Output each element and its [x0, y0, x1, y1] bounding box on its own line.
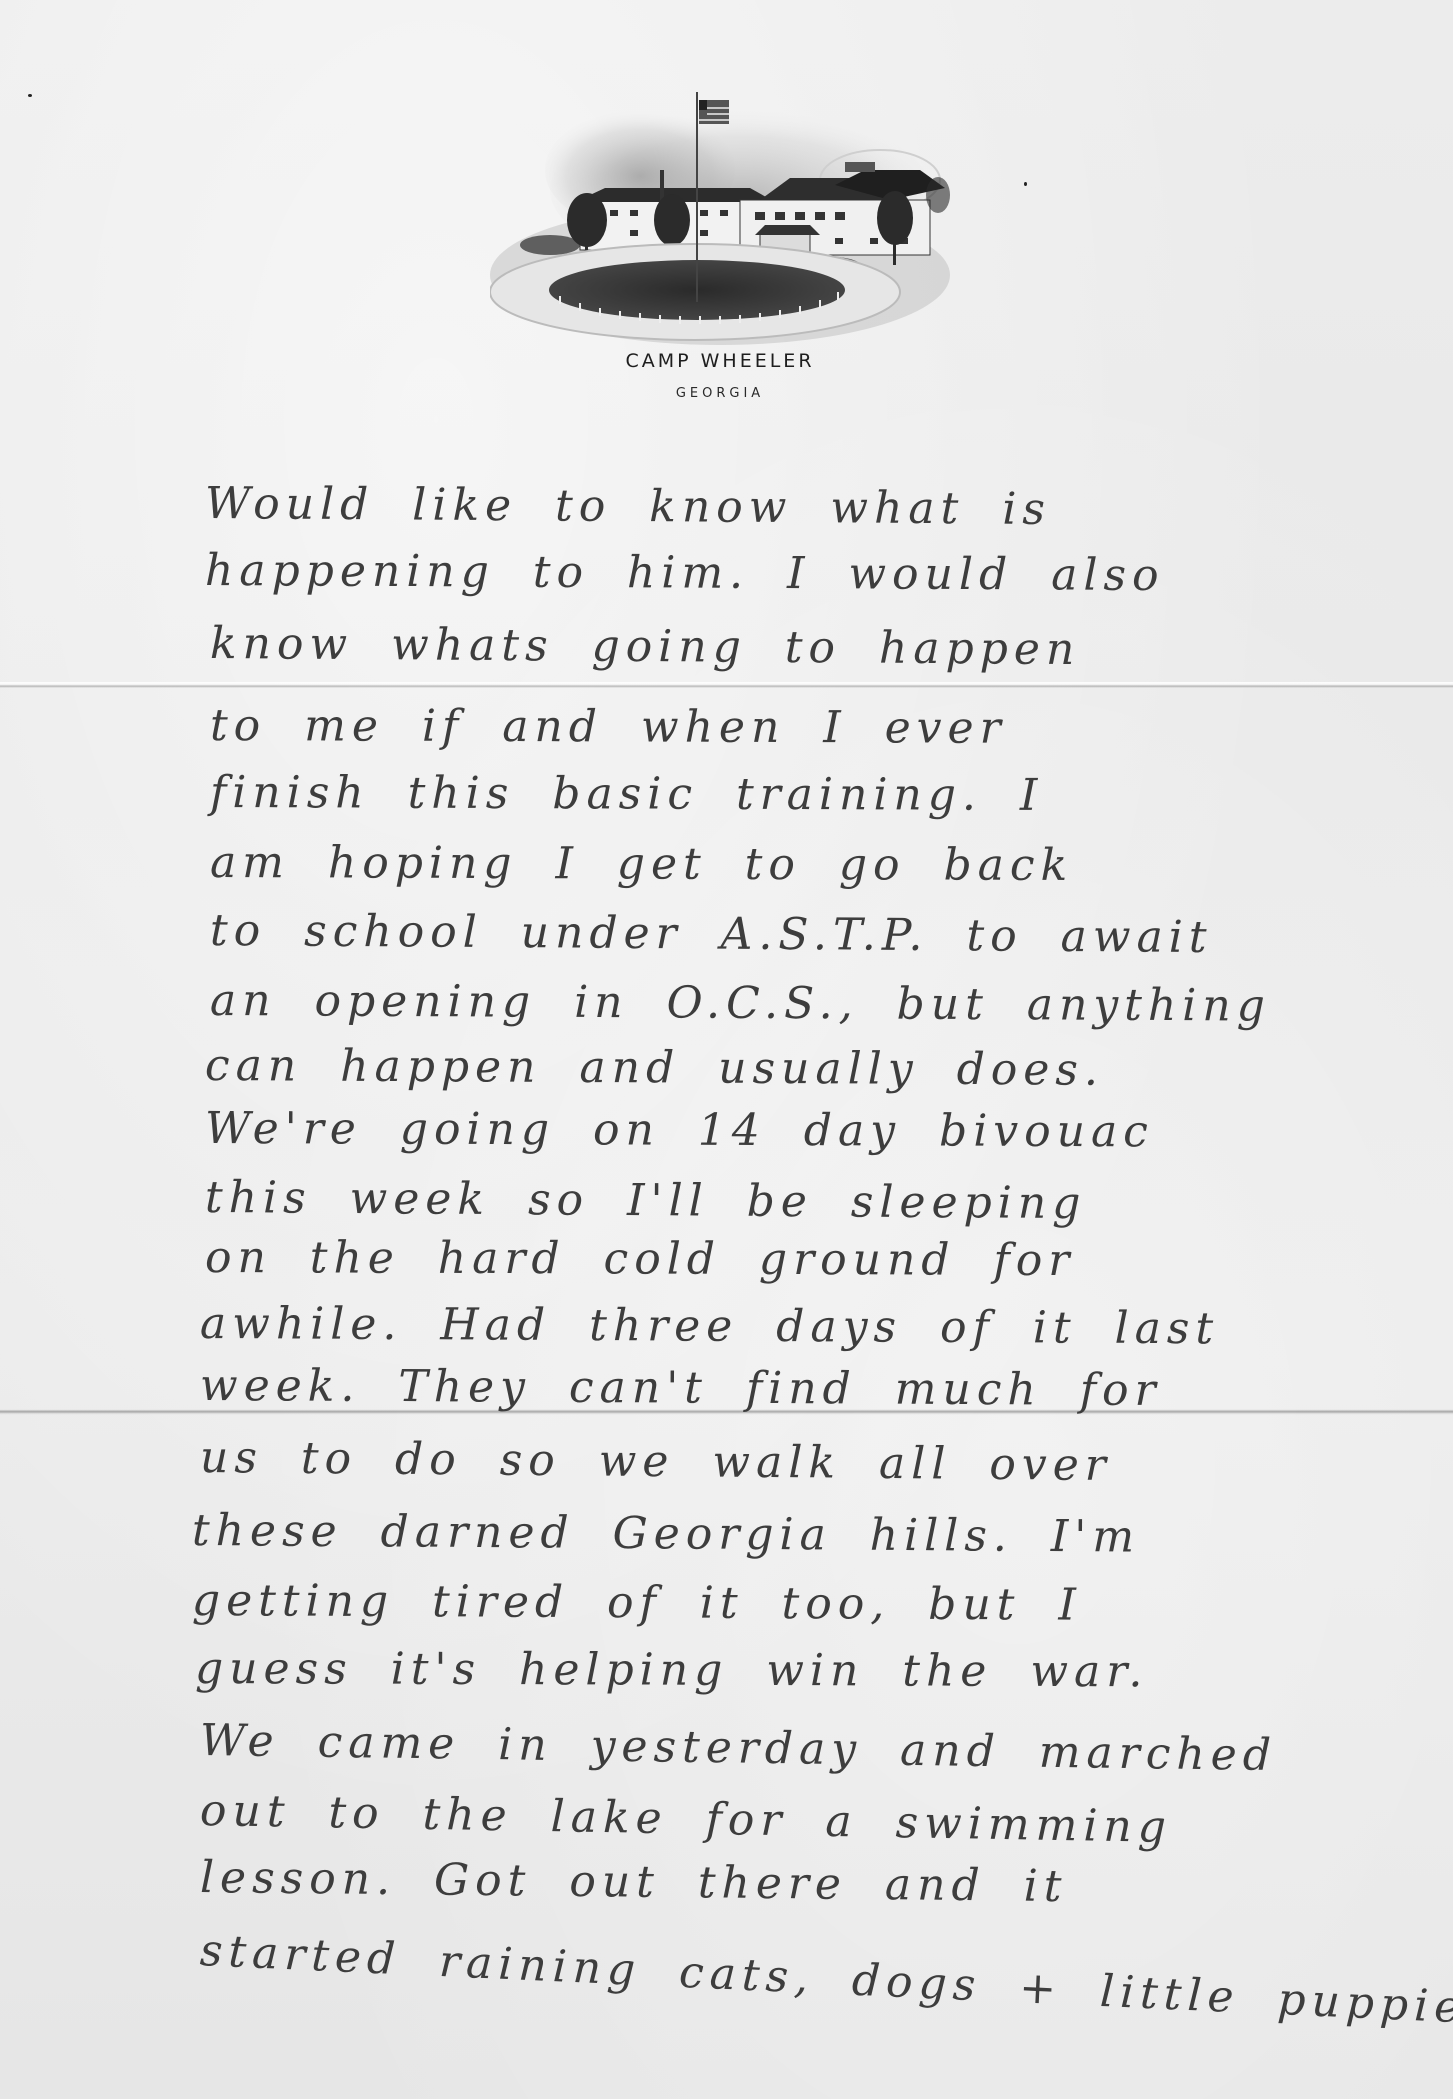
handwritten-line: finish this basic training. I: [210, 767, 1043, 821]
handwritten-line: this week so I'll be sleeping: [205, 1172, 1087, 1229]
handwritten-line: awhile. Had three days of it last: [200, 1298, 1219, 1354]
handwritten-line: on the hard cold ground for: [205, 1232, 1075, 1286]
handwritten-line: guess it's helping win the war.: [195, 1643, 1149, 1697]
handwritten-line: know whats going to happen: [210, 618, 1081, 675]
handwritten-line: to me if and when I ever: [210, 700, 1007, 754]
handwritten-line: lesson. Got out there and it: [200, 1852, 1068, 1912]
handwritten-line: week. They can't find much for: [200, 1360, 1162, 1416]
handwritten-line: getting tired of it too, but I: [192, 1575, 1082, 1631]
handwritten-line: We're going on 14 day bivouac: [205, 1103, 1154, 1157]
handwritten-line: us to do so we walk all over: [200, 1432, 1112, 1491]
handwritten-line: out to the lake for a swimming: [200, 1785, 1173, 1853]
handwritten-line: these darned Georgia hills. I'm: [192, 1505, 1140, 1563]
handwritten-line: We came in yesterday and marched: [200, 1715, 1278, 1781]
handwritten-line: happening to him. I would also: [205, 545, 1165, 601]
handwritten-line: to school under A.S.T.P. to await: [210, 905, 1213, 963]
handwritten-line: started raining cats, dogs + little pupp…: [199, 1925, 1453, 2036]
handwritten-line: am hoping I get to go back: [210, 837, 1073, 891]
handwritten-line: an opening in O.C.S., but anything: [210, 975, 1271, 1032]
handwritten-line: Would like to know what is: [205, 478, 1051, 535]
handwritten-line: can happen and usually does.: [205, 1040, 1104, 1096]
handwritten-letter-body: Would like to know what is happening to …: [0, 0, 1453, 2099]
